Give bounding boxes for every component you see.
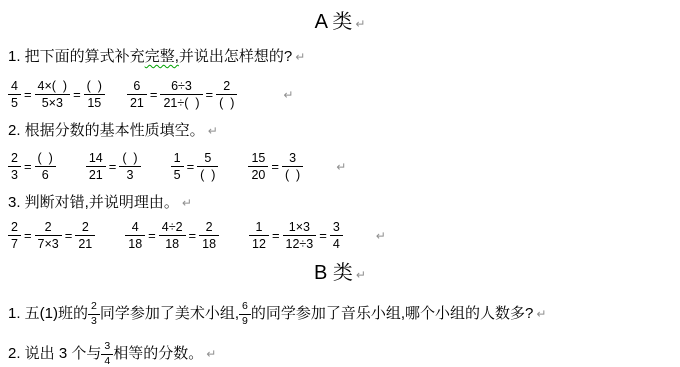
- equals-sign: =: [319, 228, 327, 243]
- equation-a2-1: 23=( )6: [8, 151, 56, 182]
- fraction: 1×312÷3: [283, 220, 317, 251]
- denominator: 3: [88, 315, 100, 328]
- equals-sign: =: [109, 159, 117, 174]
- numerator: 2: [75, 220, 95, 236]
- numerator: 1: [249, 220, 269, 236]
- fraction: 27×3: [35, 220, 62, 251]
- denominator: 5: [171, 167, 184, 182]
- question-a1-text-squiggle: 完整,: [145, 48, 179, 65]
- equals-sign: =: [24, 228, 32, 243]
- numerator: 14: [86, 151, 106, 167]
- fraction: 621: [127, 79, 147, 110]
- numerator: 2: [35, 220, 62, 236]
- inline-fraction-b1-2: 69: [239, 301, 251, 327]
- section-b-heading: B 类↵: [8, 261, 672, 287]
- numerator: 1: [171, 151, 184, 167]
- equation-a2-4: 1520=3( ): [248, 151, 303, 182]
- equation-a3-2: 418=4÷218=218: [125, 220, 219, 251]
- paragraph-mark: ↵: [336, 160, 346, 174]
- fraction: 2( ): [216, 79, 237, 110]
- inline-fraction-b2-1: 34: [101, 341, 113, 367]
- fraction: 15: [171, 151, 184, 182]
- equation-a2-3: 15=5( ): [171, 151, 219, 182]
- denominator: 18: [199, 236, 219, 251]
- denominator: 21: [86, 167, 106, 182]
- fraction: 34: [330, 220, 343, 251]
- fraction: 23: [8, 151, 21, 182]
- equation-row-a1: 45=4×( )5×3=( )15 621=6÷321÷( )=2( ) ↵: [8, 79, 680, 110]
- denominator: ( ): [197, 167, 218, 182]
- section-a-title: A 类: [315, 11, 353, 33]
- numerator: 15: [248, 151, 268, 167]
- question-b1: 1. 五(1)班的 23 同学参加了美术小组, 69 的同学参加了音乐小组,哪个…: [8, 297, 680, 331]
- equals-sign: =: [65, 228, 73, 243]
- fraction: 1421: [86, 151, 106, 182]
- equation-a1-2: 621=6÷321÷( )=2( ): [127, 79, 237, 110]
- inline-fraction-b1-1: 23: [88, 301, 100, 327]
- paragraph-mark: ↵: [283, 88, 293, 102]
- question-a2-text: 2. 根据分数的基本性质填空。: [8, 122, 205, 139]
- numerator: 2: [88, 301, 100, 315]
- question-b2-text: 2. 说出 3 个与: [8, 345, 101, 363]
- denominator: 3: [119, 167, 140, 182]
- question-a1-text: 并说出怎样想的?: [179, 48, 292, 65]
- paragraph-mark: ↵: [182, 196, 192, 210]
- numerator: 4: [125, 220, 145, 236]
- question-b2: 2. 说出 3 个与 34 相等的分数。 ↵: [8, 338, 680, 367]
- fraction: 3( ): [282, 151, 303, 182]
- fraction: 4×( )5×3: [35, 79, 71, 110]
- paragraph-mark: ↵: [208, 124, 218, 138]
- numerator: ( ): [35, 151, 56, 167]
- equation-a3-3: 112=1×312÷3=34: [249, 220, 343, 251]
- section-a-heading: A 类↵: [8, 10, 672, 36]
- question-b2-text: 相等的分数。: [113, 345, 203, 363]
- fraction: 218: [199, 220, 219, 251]
- paragraph-mark: ↵: [356, 268, 366, 282]
- equals-sign: =: [271, 159, 279, 174]
- fraction: 1520: [248, 151, 268, 182]
- fraction: 418: [125, 220, 145, 251]
- numerator: 5: [197, 151, 218, 167]
- fraction: ( )15: [84, 79, 105, 110]
- equation-row-a3: 27=27×3=221 418=4÷218=218 112=1×312÷3=34…: [8, 220, 680, 251]
- denominator: ( ): [282, 167, 303, 182]
- denominator: 12: [249, 236, 269, 251]
- paragraph-mark: ↵: [295, 50, 305, 64]
- equals-sign: =: [272, 228, 280, 243]
- fraction: 4÷218: [159, 220, 186, 251]
- numerator: 3: [330, 220, 343, 236]
- question-a1-text: 1. 把下面的算式补充: [8, 48, 145, 65]
- question-b1-text: 的同学参加了音乐小组,哪个小组的人数多?: [251, 305, 534, 323]
- paragraph-mark: ↵: [536, 305, 546, 323]
- equation-a3-1: 27=27×3=221: [8, 220, 95, 251]
- numerator: 4: [8, 79, 21, 95]
- fraction: 112: [249, 220, 269, 251]
- equation-row-a2: 23=( )6 1421=( )3 15=5( ) 1520=3( ) ↵: [8, 151, 680, 182]
- numerator: 4×( ): [35, 79, 71, 95]
- question-a3-text: 3. 判断对错,并说明理由。: [8, 194, 179, 211]
- equals-sign: =: [24, 87, 32, 102]
- numerator: 2: [216, 79, 237, 95]
- denominator: ( ): [216, 95, 237, 110]
- fraction: ( )3: [119, 151, 140, 182]
- question-a2-label: 2. 根据分数的基本性质填空。↵: [8, 122, 680, 140]
- denominator: 5: [8, 95, 21, 110]
- equals-sign: =: [206, 87, 214, 102]
- denominator: 6: [35, 167, 56, 182]
- denominator: 5×3: [35, 95, 71, 110]
- denominator: 7×3: [35, 236, 62, 251]
- equals-sign: =: [189, 228, 197, 243]
- question-b1-text: 1. 五(1)班的: [8, 305, 88, 323]
- fraction: 5( ): [197, 151, 218, 182]
- equation-a2-2: 1421=( )3: [86, 151, 141, 182]
- numerator: ( ): [119, 151, 140, 167]
- denominator: 4: [330, 236, 343, 251]
- denominator: 3: [8, 167, 21, 182]
- paragraph-mark: ↵: [355, 17, 365, 31]
- denominator: 12÷3: [283, 236, 317, 251]
- numerator: ( ): [84, 79, 105, 95]
- numerator: 2: [8, 151, 21, 167]
- denominator: 21÷( ): [160, 95, 202, 110]
- fraction: 27: [8, 220, 21, 251]
- fraction: 221: [75, 220, 95, 251]
- denominator: 7: [8, 236, 21, 251]
- worksheet-document: A 类↵ 1. 把下面的算式补充完整,并说出怎样想的?↵ 45=4×( )5×3…: [0, 0, 680, 367]
- numerator: 4÷2: [159, 220, 186, 236]
- equation-a1-1: 45=4×( )5×3=( )15: [8, 79, 105, 110]
- equals-sign: =: [150, 87, 158, 102]
- question-a1-label: 1. 把下面的算式补充完整,并说出怎样想的?↵: [8, 48, 680, 66]
- numerator: 6÷3: [160, 79, 202, 95]
- denominator: 18: [159, 236, 186, 251]
- numerator: 6: [127, 79, 147, 95]
- fraction: 6÷321÷( ): [160, 79, 202, 110]
- equals-sign: =: [24, 159, 32, 174]
- denominator: 4: [101, 355, 113, 367]
- numerator: 1×3: [283, 220, 317, 236]
- question-b1-text: 同学参加了美术小组,: [100, 305, 239, 323]
- denominator: 21: [127, 95, 147, 110]
- denominator: 18: [125, 236, 145, 251]
- denominator: 15: [84, 95, 105, 110]
- numerator: 2: [199, 220, 219, 236]
- equals-sign: =: [187, 159, 195, 174]
- section-b-title: B 类: [314, 262, 353, 284]
- equals-sign: =: [73, 87, 81, 102]
- numerator: 3: [282, 151, 303, 167]
- denominator: 9: [239, 315, 251, 328]
- denominator: 21: [75, 236, 95, 251]
- numerator: 2: [8, 220, 21, 236]
- equals-sign: =: [148, 228, 156, 243]
- paragraph-mark: ↵: [206, 345, 216, 363]
- paragraph-mark: ↵: [376, 229, 386, 243]
- fraction: 45: [8, 79, 21, 110]
- question-a3-label: 3. 判断对错,并说明理由。↵: [8, 194, 680, 212]
- fraction: ( )6: [35, 151, 56, 182]
- numerator: 3: [101, 341, 113, 355]
- numerator: 6: [239, 301, 251, 315]
- denominator: 20: [248, 167, 268, 182]
